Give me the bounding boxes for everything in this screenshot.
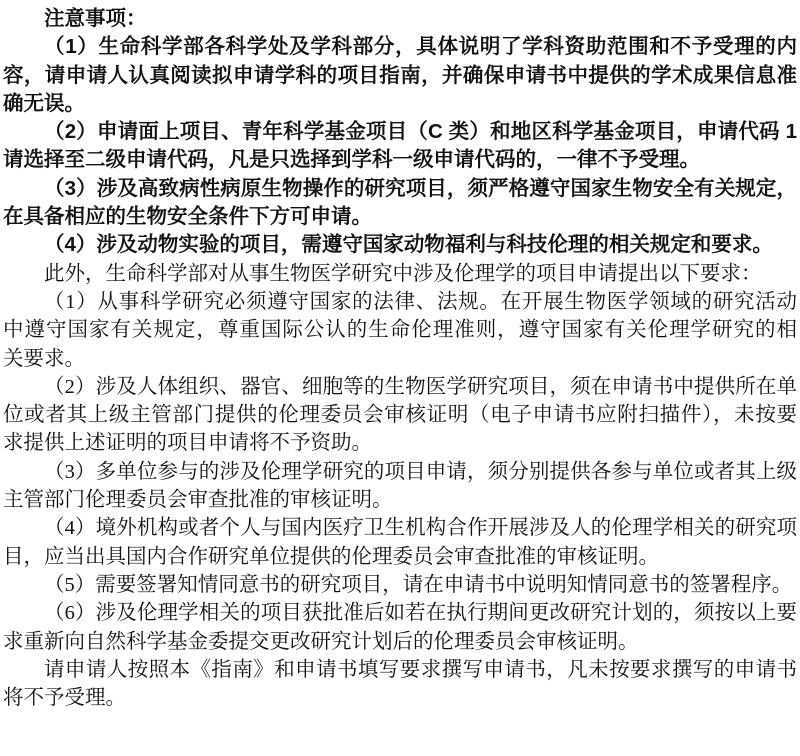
note-1-line-3: 确无误。 — [3, 90, 797, 118]
note-3-line-2: 在具备相应的生物安全条件下方可申请。 — [3, 203, 797, 231]
closing-line-1: 请申请人按照本《指南》和申请书填写要求撰写申请书，凡未按要求撰写的申请书 — [3, 656, 797, 684]
ethics-req-4-line-2: 目，应当出具国内合作研究单位提供的伦理委员会审查批准的审核证明。 — [3, 543, 797, 571]
note-2-line-2: 请选择至二级申请代码，凡是只选择到学科一级申请代码的，一律不予受理。 — [3, 146, 797, 174]
ethics-req-2-line-2: 位或者其上级主管部门提供的伦理委员会审核证明（电子申请书应附扫描件），未按要 — [3, 401, 797, 429]
ethics-intro-line: 此外，生命科学部对从事生物医学研究中涉及伦理学的项目申请提出以下要求： — [3, 260, 797, 288]
ethics-req-6-line-1: （6）涉及伦理学相关的项目获批准后如若在执行期间更改研究计划的，须按以上要 — [3, 599, 797, 627]
note-1-line-2: 容，请申请人认真阅读拟申请学科的项目指南，并确保申请书中提供的学术成果信息准 — [3, 62, 797, 90]
note-3-line-1: （3）涉及高致病性病原生物操作的研究项目，须严格遵守国家生物安全有关规定， — [3, 175, 797, 203]
ethics-req-1-line-3: 关要求。 — [3, 345, 797, 373]
ethics-req-2-line-1: （2）涉及人体组织、器官、细胞等的生物医学研究项目，须在申请书中提供所在单 — [3, 373, 797, 401]
note-2-line-1: （2）申请面上项目、青年科学基金项目（C 类）和地区科学基金项目，申请代码 1 — [3, 118, 797, 146]
ethics-req-5-line-1: （5）需要签署知情同意书的研究项目，请在申请书中说明知情同意书的签署程序。 — [3, 571, 797, 599]
closing-line-2: 将不予受理。 — [3, 684, 797, 712]
ethics-req-4-line-1: （4）境外机构或者个人与国内医疗卫生机构合作开展涉及人的伦理学相关的研究项 — [3, 514, 797, 542]
section-heading: 注意事项： — [3, 5, 797, 33]
ethics-req-1-line-1: （1）从事科学研究必须遵守国家的法律、法规。在开展生物医学领域的研究活动 — [3, 288, 797, 316]
ethics-req-1-line-2: 中遵守国家有关规定，尊重国际公认的生命伦理准则，遵守国家有关伦理学研究的相 — [3, 316, 797, 344]
ethics-req-3-line-2: 主管部门伦理委员会审查批准的审核证明。 — [3, 486, 797, 514]
note-1-line-1: （1）生命科学部各科学处及学科部分，具体说明了学科资助范围和不予受理的内 — [3, 33, 797, 61]
document-page: 注意事项： （1）生命科学部各科学处及学科部分，具体说明了学科资助范围和不予受理… — [0, 0, 800, 756]
ethics-req-2-line-3: 求提供上述证明的项目申请将不予资助。 — [3, 429, 797, 457]
ethics-req-3-line-1: （3）多单位参与的涉及伦理学研究的项目申请，须分别提供各参与单位或者其上级 — [3, 458, 797, 486]
note-4-line-1: （4）涉及动物实验的项目，需遵守国家动物福利与科技伦理的相关规定和要求。 — [3, 231, 797, 259]
ethics-req-6-line-2: 求重新向自然科学基金委提交更改研究计划后的伦理委员会审核证明。 — [3, 628, 797, 656]
